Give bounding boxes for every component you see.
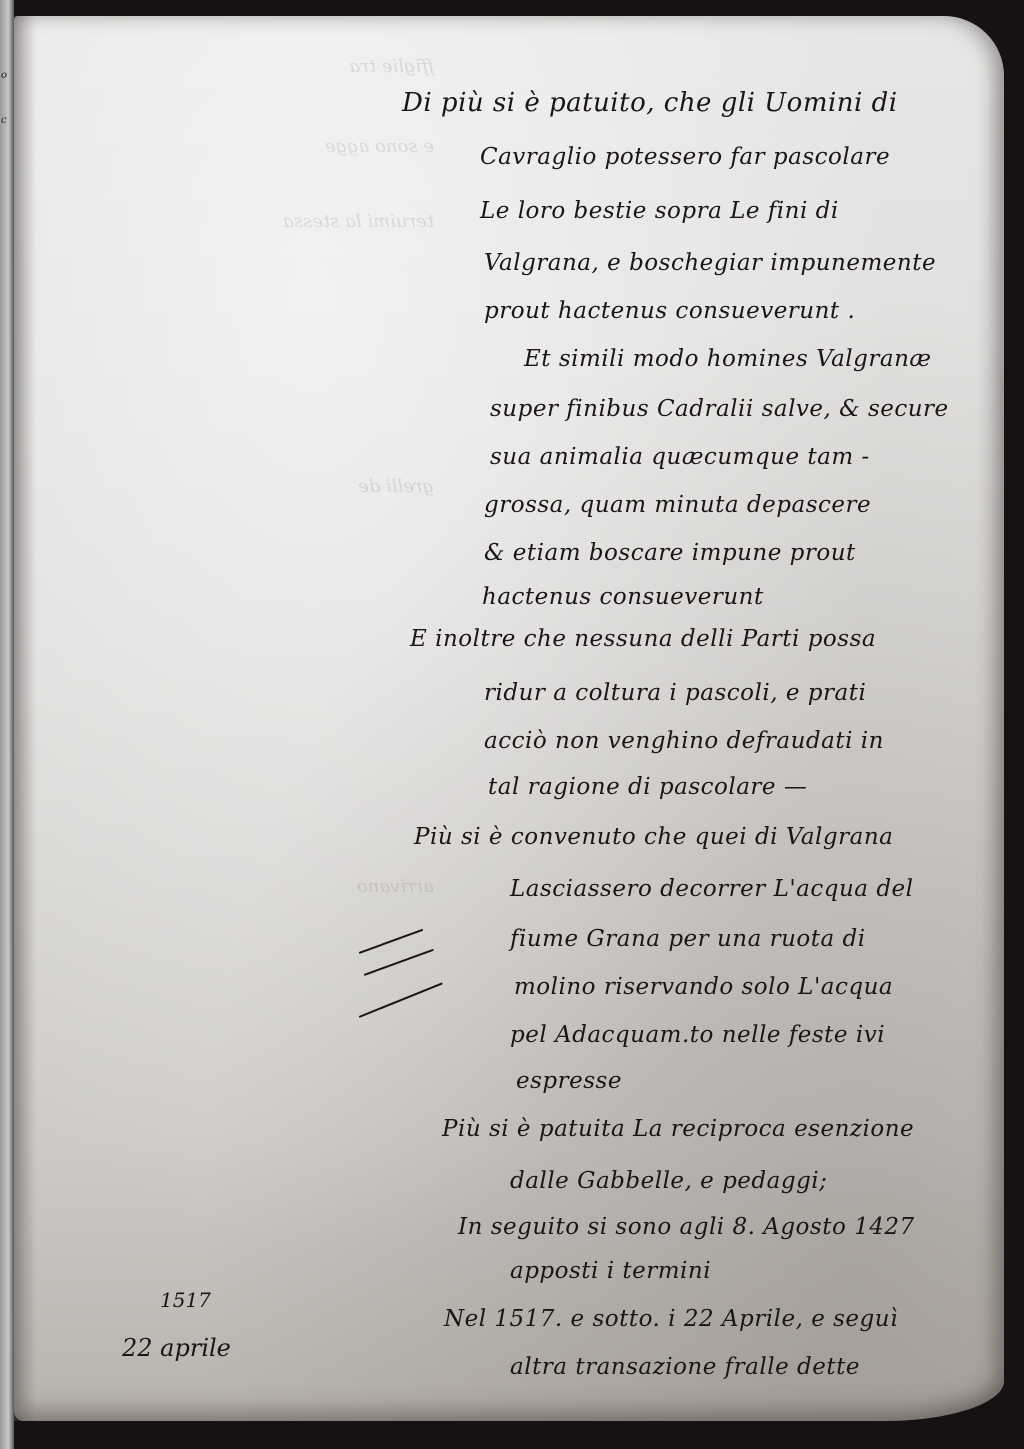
margin-stroke-mark (359, 982, 443, 1018)
text-line: Più si è patuita La reciproca esenzione (442, 1116, 914, 1142)
text-line: sua animalia quæcumque tam - (490, 444, 870, 470)
text-line: Valgrana, e boschegiar impunemente (484, 250, 936, 276)
text-line: Lasciassero decorrer L'acqua del (510, 876, 914, 902)
text-line: grossa, quam minuta depascere (484, 492, 871, 518)
bleed-through-text: arrivano (134, 876, 434, 897)
text-line: altra transazione fralle dette (510, 1354, 860, 1380)
margin-note-date: 22 aprile (122, 1334, 231, 1362)
text-line: Et simili modo homines Valgranæ (524, 346, 932, 372)
bleed-through-text: ffiglie tra (134, 56, 434, 77)
text-line: tal ragione di pascolare — (488, 774, 807, 800)
text-line: espresse (516, 1068, 622, 1094)
text-line: In seguito si sono agli 8. Agosto 1427 (458, 1214, 915, 1240)
margin-stroke-mark (359, 929, 424, 954)
text-line: fiume Grana per una ruota di (510, 926, 866, 952)
text-line: acciò non venghino defraudati in (484, 728, 884, 754)
text-line: ridur a coltura i pascoli, e prati (484, 680, 866, 706)
text-line: Le loro bestie sopra Le fini di (480, 198, 839, 224)
text-line: prout hactenus consueverunt . (484, 298, 855, 324)
text-line: molino riservando solo L'acqua (514, 974, 893, 1000)
previous-page-edge: o c (0, 0, 14, 1449)
text-line: Più si è convenuto che quei di Valgrana (414, 824, 893, 850)
bleed-through-text: grelli de (134, 476, 434, 497)
edge-mark: o (1, 70, 7, 81)
bleed-through-text: e sono agge (134, 136, 434, 157)
text-line: & etiam boscare impune prout (484, 540, 856, 566)
margin-stroke-mark (364, 949, 434, 976)
text-line: hactenus consueverunt (482, 584, 764, 610)
text-line: Nel 1517. e sotto. i 22 Aprile, e seguì (444, 1306, 898, 1332)
text-line: E inoltre che nessuna delli Parti possa (410, 626, 876, 652)
text-line: super finibus Cadralii salve, & secure (490, 396, 949, 422)
text-line: apposti i termini (510, 1258, 711, 1284)
text-line: Di più si è patuito, che gli Uomini di (402, 88, 898, 118)
text-line: dalle Gabbelle, e pedaggi; (510, 1168, 827, 1194)
text-line: Cavraglio potessero far pascolare (480, 144, 890, 170)
edge-mark: c (1, 115, 7, 126)
text-line: pel Adacquam.to nelle feste ivi (510, 1022, 885, 1048)
margin-note-year: 1517 (160, 1288, 211, 1312)
bleed-through-text: teruimi la stessa (134, 211, 434, 232)
manuscript-page: ffiglie tra e sono agge teruimi la stess… (14, 16, 1004, 1421)
